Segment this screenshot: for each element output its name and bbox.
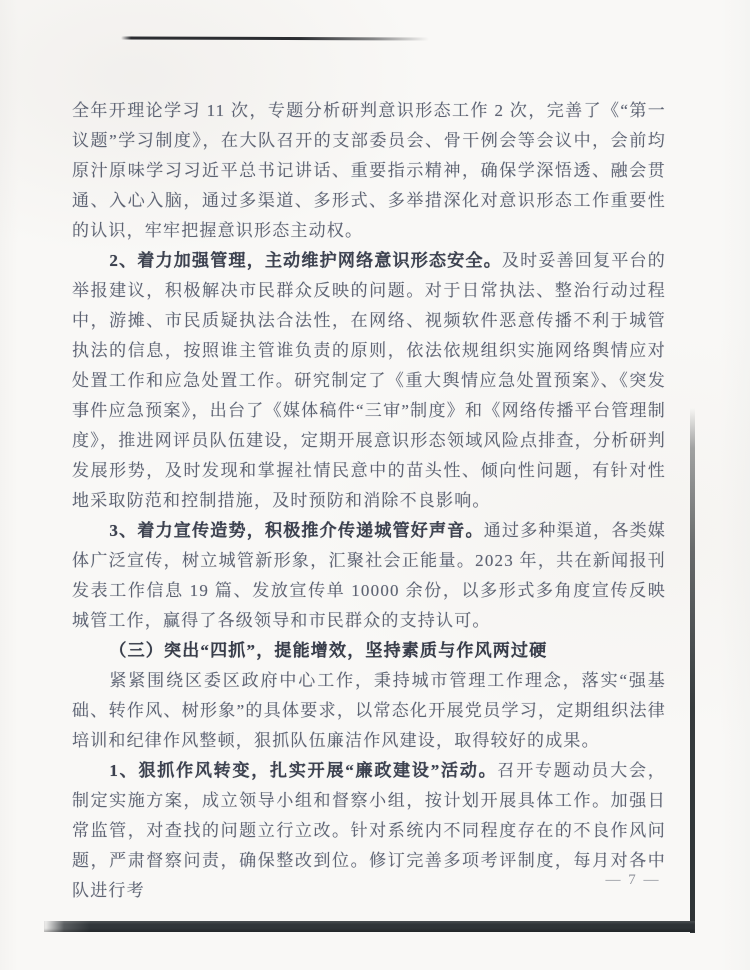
paragraph-text: 紧紧围绕区委区政府中心工作，秉持城市管理工作理念，落实“强基础、转作风、树形象”…	[72, 671, 666, 750]
scan-top-edge-line	[121, 36, 429, 40]
paragraph-lead: 1、狠抓作风转变，扎实开展“廉政建设”活动。	[109, 761, 497, 780]
section-heading-text: （三）突出“四抓”，提能增效，坚持素质与作风两过硬	[109, 641, 547, 660]
body-paragraph: 全年开理论学习 11 次，专题分析研判意识形态工作 2 次，完善了《“第一议题”…	[72, 96, 666, 246]
body-paragraph: 2、着力加强管理，主动维护网络意识形态安全。及时妥善回复平台的举报建议，积极解决…	[72, 246, 666, 516]
page-number: — 7 —	[598, 872, 668, 889]
body-paragraph: 紧紧围绕区委区政府中心工作，秉持城市管理工作理念，落实“强基础、转作风、树形象”…	[72, 666, 666, 756]
body-paragraph: 3、着力宣传造势，积极推介传递城管好声音。通过多种渠道，各类媒体广泛宣传，树立城…	[72, 516, 666, 636]
paragraph-lead: 3、着力宣传造势，积极推介传递城管好声音。	[109, 521, 483, 540]
section-heading: （三）突出“四抓”，提能增效，坚持素质与作风两过硬	[72, 636, 666, 666]
paragraph-lead: 2、着力加强管理，主动维护网络意识形态安全。	[109, 251, 502, 270]
body-paragraph: 1、狠抓作风转变，扎实开展“廉政建设”活动。召开专题动员大会，制定实施方案，成立…	[72, 756, 666, 906]
scanned-page: 全年开理论学习 11 次，专题分析研判意识形态工作 2 次，完善了《“第一议题”…	[0, 0, 750, 970]
paragraph-text: 全年开理论学习 11 次，专题分析研判意识形态工作 2 次，完善了《“第一议题”…	[72, 101, 666, 240]
paragraph-text: 召开专题动员大会，制定实施方案，成立领导小组和督察小组，按计划开展具体工作。加强…	[72, 761, 666, 900]
document-text: 全年开理论学习 11 次，专题分析研判意识形态工作 2 次，完善了《“第一议题”…	[72, 96, 666, 906]
paragraph-text: 及时妥善回复平台的举报建议，积极解决市民群众反映的问题。对于日常执法、整治行动过…	[72, 251, 666, 510]
scan-bottom-edge-bar	[44, 921, 695, 932]
scan-right-edge-line	[690, 408, 695, 933]
